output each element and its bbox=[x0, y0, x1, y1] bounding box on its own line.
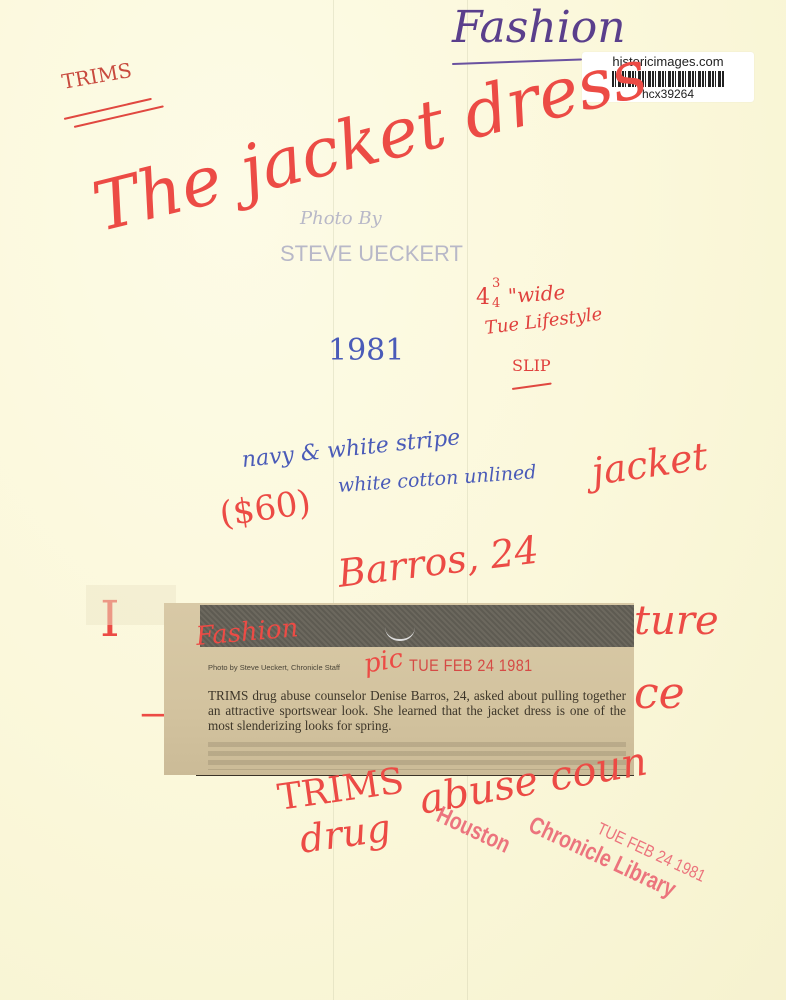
width-note-suffix: "wide bbox=[507, 280, 566, 308]
clipping-caption: TRIMS drug abuse counselor Denise Barros… bbox=[208, 688, 626, 733]
photo-stamp-line2: STEVE UECKERT bbox=[280, 241, 463, 267]
year-note: 1981 bbox=[328, 333, 404, 368]
slip-note: SLIP bbox=[512, 356, 551, 375]
width-note-fraction-num: 3 bbox=[492, 276, 500, 291]
right-fragment-note: ce bbox=[634, 668, 685, 719]
tape-strip bbox=[86, 585, 176, 625]
photo-credit: Photo by Steve Ueckert, Chronicle Staff bbox=[208, 663, 340, 672]
right-fragment-note: ture bbox=[634, 598, 719, 644]
width-note-number: 4 bbox=[476, 285, 490, 310]
width-note-fraction-den: 4 bbox=[492, 296, 500, 311]
photo-stamp-line1: Photo By bbox=[300, 208, 382, 229]
clipping-date-stamp: TUE FEB 24 1981 bbox=[409, 656, 533, 676]
